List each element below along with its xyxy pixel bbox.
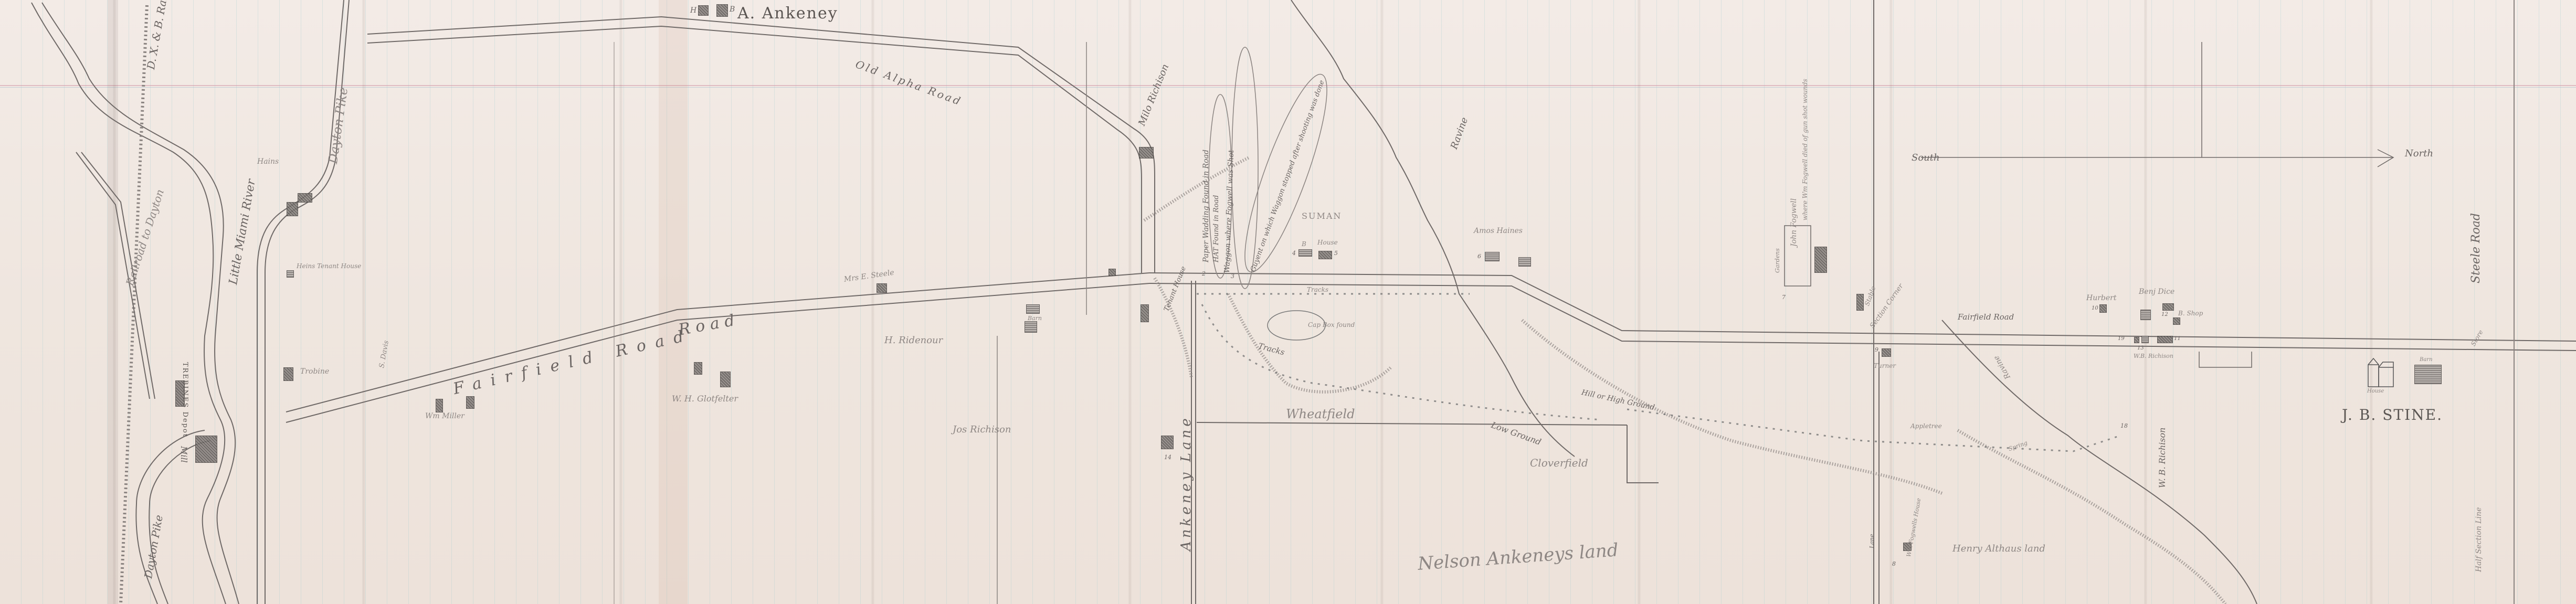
building-stable — [1856, 294, 1864, 311]
henry-althaus-land-label: Henry Althaus land — [1952, 543, 2045, 554]
building-richison-2 — [2141, 336, 2149, 343]
suman-house-label: House — [1317, 239, 1338, 246]
map-title: A. Ankeney — [737, 4, 838, 23]
marker-h: H — [690, 6, 696, 15]
building-hains-barn — [298, 193, 312, 203]
building-suman-house — [1318, 251, 1332, 259]
marker-9: 9 — [1875, 346, 1878, 353]
building-haines-barn — [1518, 257, 1531, 267]
lane-label: Lane — [1868, 534, 1875, 548]
building-dice-house — [2162, 303, 2174, 311]
building-glotfelter-barn — [720, 372, 731, 387]
turner-label: Turner — [1874, 362, 1896, 369]
marker-b: B — [730, 5, 735, 14]
building-jos-richison — [1161, 436, 1174, 449]
ankeney-lane-label: Ankeney Lane — [1178, 415, 1194, 551]
marker-5: 5 — [1334, 250, 1338, 257]
cap-box-label: Cap Box found — [1308, 321, 1355, 329]
building-ankeney-barn — [716, 4, 728, 17]
marker-11: 11 — [2174, 336, 2181, 342]
building-trobine — [283, 367, 293, 381]
heins-tenant-label: Heins Tenant House — [297, 262, 361, 270]
building-wm-miller-1 — [436, 399, 443, 412]
trobine-label: Trobine — [300, 367, 329, 376]
building-richison-stable — [2157, 336, 2173, 343]
building-tenant-house — [1108, 269, 1116, 276]
gardens-label: Gardens — [1774, 248, 1781, 273]
tracks-label: Tracks — [1307, 286, 1328, 293]
trebines-depot-label: TREBINES Depot — [181, 362, 189, 438]
marker-8: 8 — [1892, 560, 1896, 567]
marker-3: 3 — [1231, 273, 1234, 280]
marker-13: 13 — [2137, 345, 2144, 351]
marker-19: 19 — [2118, 336, 2125, 342]
marker-18: 18 — [2120, 422, 2128, 429]
stine-house-label: House — [2367, 388, 2384, 394]
glotfelter-label: W. H. Glotfelter — [672, 394, 738, 404]
marker-12: 12 — [2161, 312, 2168, 317]
steele-road-label: Steele Road — [2469, 213, 2483, 283]
lot-14-label: 14 — [1164, 454, 1171, 461]
building-heins-tenant-house — [287, 270, 294, 278]
mill-label: Mill — [179, 446, 189, 463]
john-fogwell-label: John Fogwell — [1790, 198, 1798, 247]
suman-barn-label: B — [1302, 240, 1306, 248]
building-fogwell-house — [1814, 247, 1827, 273]
building-mrs-steele — [877, 283, 887, 293]
wb-richison-label: W.B. Richison — [2134, 353, 2173, 359]
barn-label: Barn — [1028, 315, 1042, 322]
building-milo-richison — [1139, 147, 1154, 158]
stine-barn-label: Barn — [2420, 357, 2433, 363]
building-suman-barn — [1298, 249, 1312, 257]
map-linework — [0, 0, 2576, 604]
jos-richison-label: Jos Richison — [953, 424, 1011, 435]
marker-4: 4 — [1292, 250, 1296, 257]
building-richison-1 — [2134, 337, 2139, 343]
marker-6: 6 — [1477, 253, 1481, 260]
building-ankeney-house — [698, 5, 709, 16]
appletree-label: Appletree — [1910, 422, 1942, 430]
jb-stine-label: J. B. STINE. — [2342, 406, 2443, 423]
marker-10: 10 — [2092, 305, 2098, 311]
building-turner — [1882, 348, 1891, 357]
building-ridenour-house — [1026, 304, 1040, 314]
compass-north-label: North — [2405, 148, 2433, 159]
fairfield-road-east-label: Fairfield Road — [1958, 312, 2014, 322]
suman-label: SUMAN — [1302, 211, 1342, 221]
wb-richison-land-label: W. B. Richison — [2157, 428, 2167, 488]
paper-wadding-note: Paper Wadding Found in Road — [1202, 150, 1210, 262]
building-stine-barn — [2414, 365, 2442, 384]
building-dice-1 — [2140, 310, 2151, 320]
building-mill — [195, 436, 217, 463]
building-richison-barn — [1141, 304, 1149, 322]
b-shop-label: B. Shop — [2178, 310, 2203, 317]
half-section-line-label: Half Section Line — [2475, 507, 2483, 572]
building-hurbert — [2099, 304, 2107, 313]
hains-label: Hains — [257, 157, 279, 166]
survey-map: A. Ankeney B H D. X. & B. Railroad Railr… — [0, 0, 2576, 604]
wm-miller-label: Wm Miller — [425, 412, 464, 420]
ridenour-label: H. Ridenour — [884, 335, 943, 346]
building-wm-miller-2 — [466, 396, 474, 409]
marker-2: 2 — [1202, 270, 1206, 277]
building-ridenour-barn — [1025, 321, 1037, 333]
building-haines-house — [1485, 252, 1500, 261]
benj-dice-label: Benj Dice — [2139, 288, 2174, 296]
building-glotfelter-house — [694, 362, 702, 375]
marker-7: 7 — [1782, 294, 1786, 301]
hat-found-note: HAT Found in Road — [1212, 195, 1220, 262]
compass-south-label: South — [1912, 152, 1940, 163]
building-blacksmith-shop — [2173, 317, 2180, 325]
cloverfield-label: Cloverfield — [1530, 457, 1588, 469]
hurbert-label: Hurbert — [2086, 294, 2116, 302]
wheatfield-label: Wheatfield — [1286, 407, 1355, 421]
amos-haines-label: Amos Haines — [1474, 227, 1523, 235]
fogwell-died-note: where Wm Fogwell died of gun shot wounds — [1801, 79, 1809, 220]
building-hains-house — [287, 202, 298, 216]
